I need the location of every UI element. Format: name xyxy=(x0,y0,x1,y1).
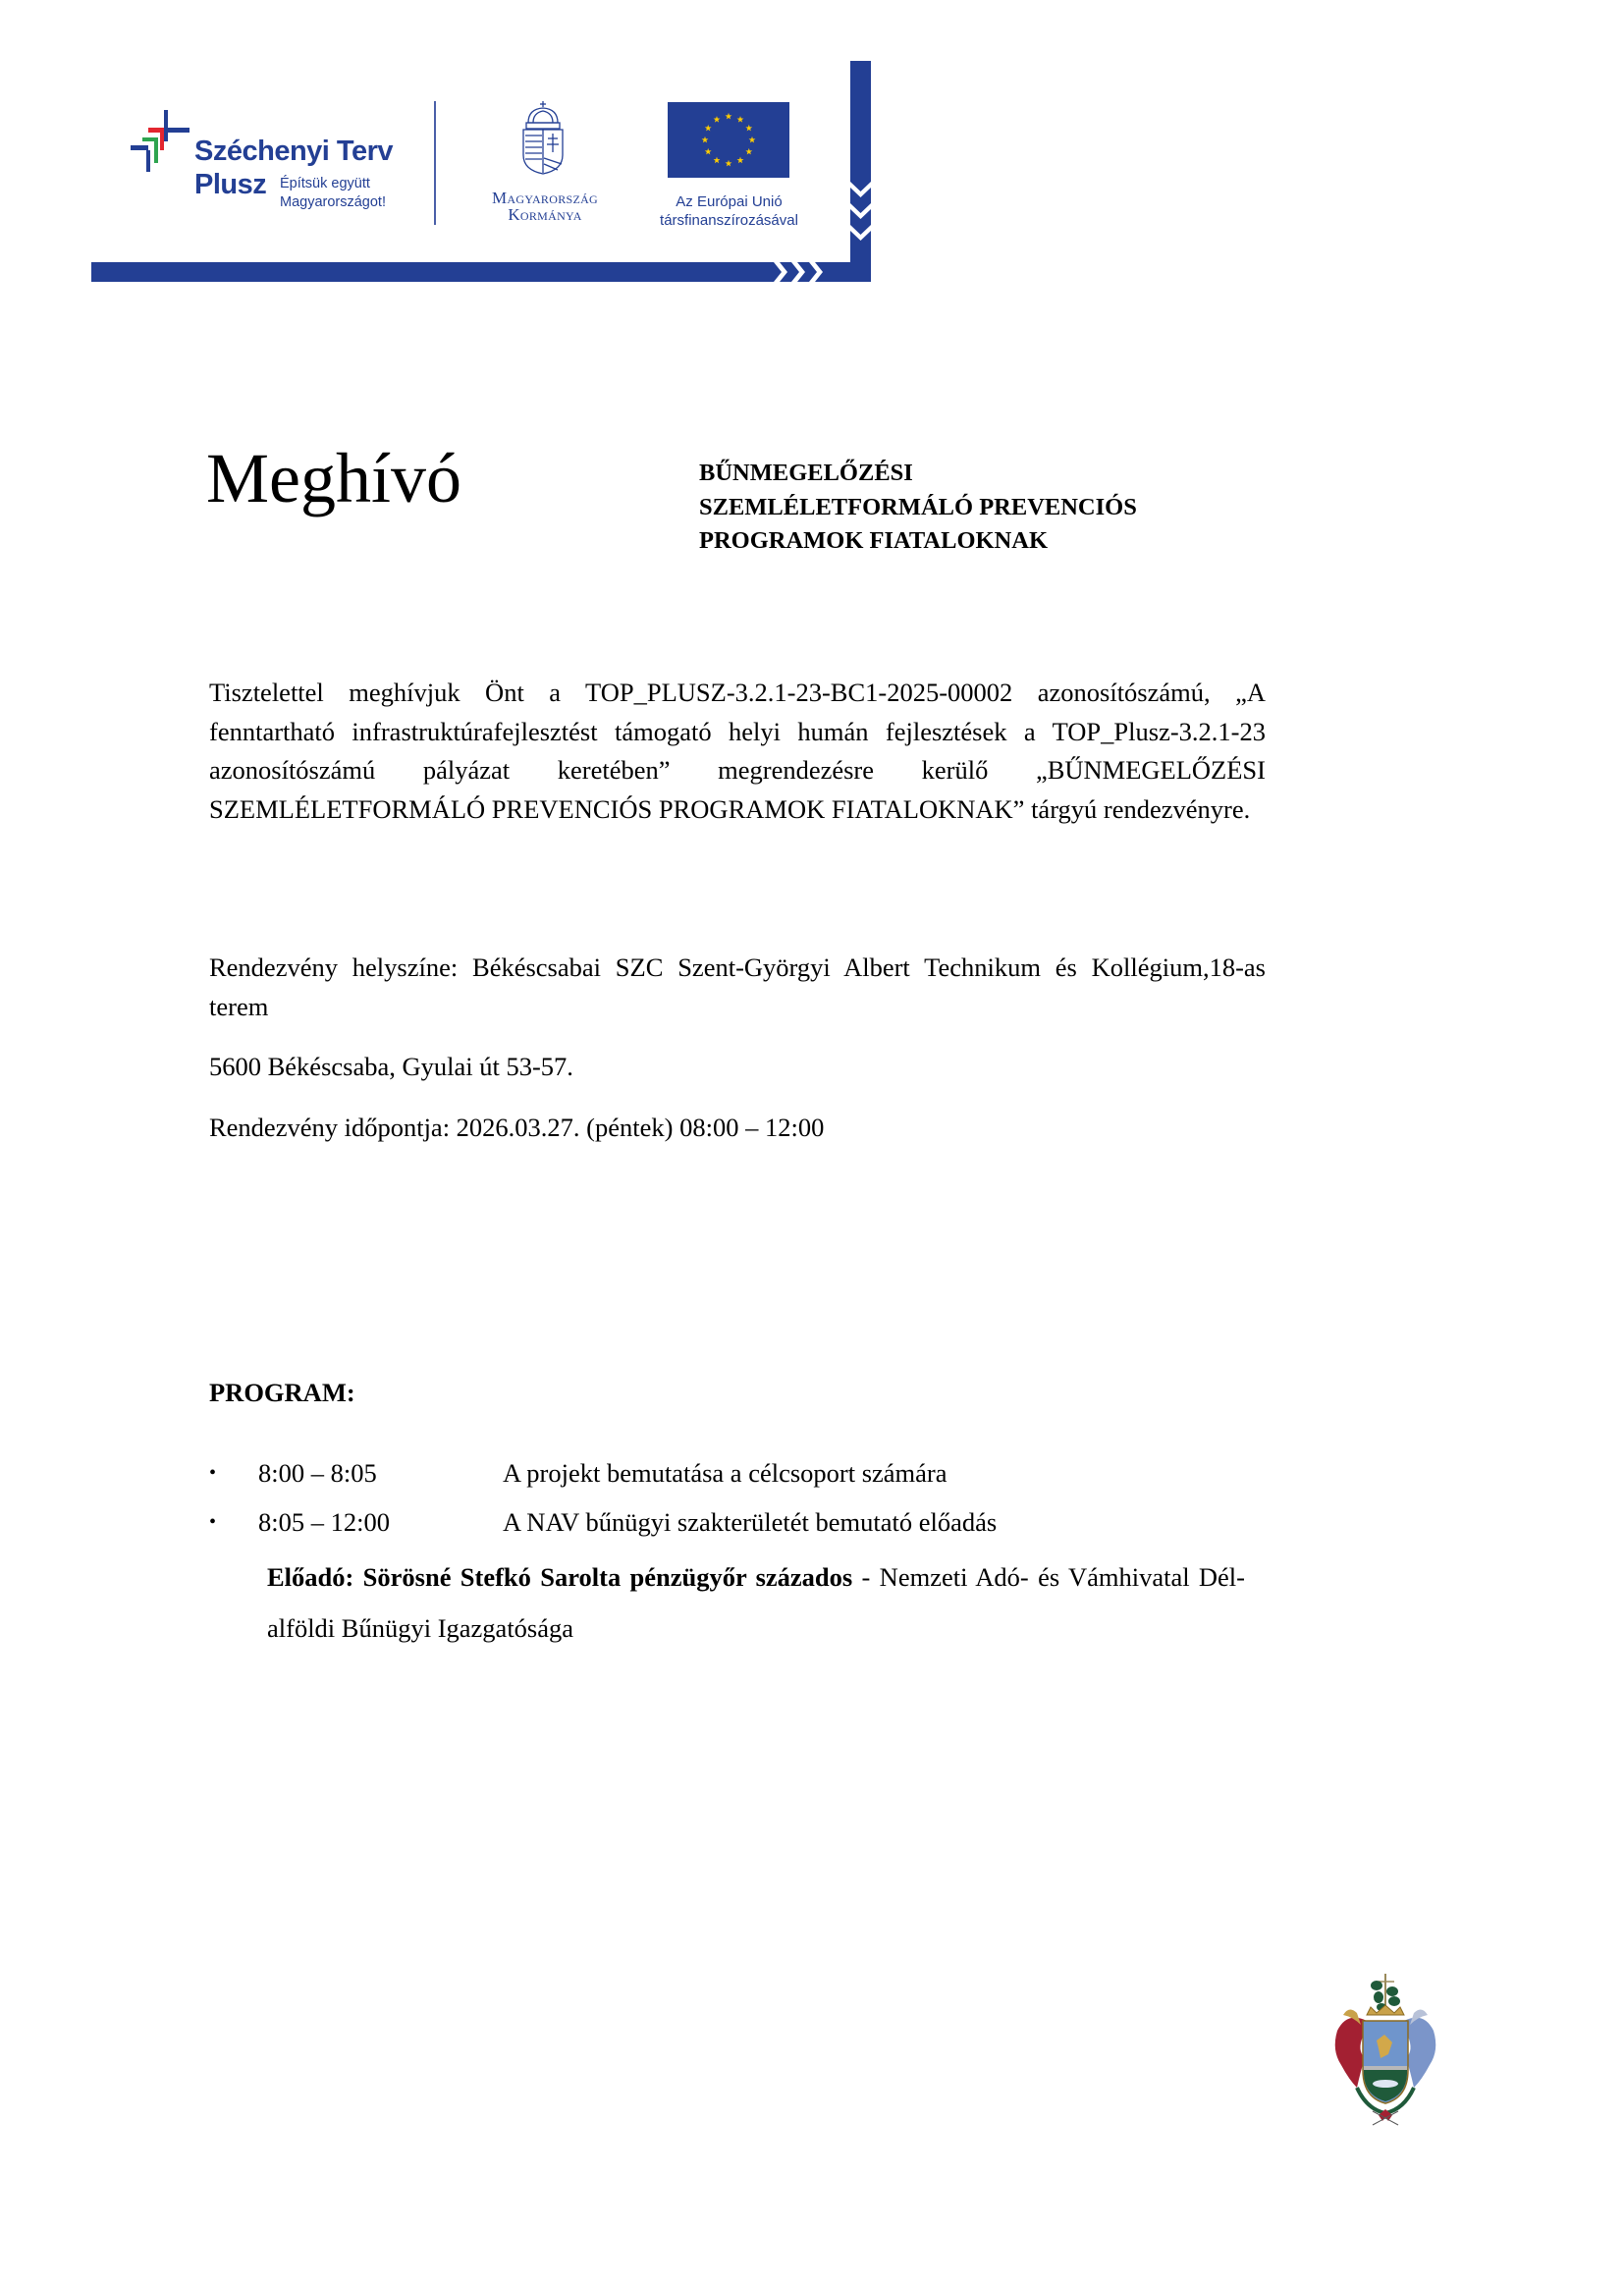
subtitle-line: SZEMLÉLETFORMÁLÓ PREVENCIÓS xyxy=(699,491,1137,525)
bullet-icon: • xyxy=(209,1502,216,1542)
bullet-icon: • xyxy=(209,1453,216,1493)
eu-line-1: Az Európai Unió xyxy=(648,192,810,211)
speaker-info: Előadó: Sörösné Stefkó Sarolta pénzügyőr… xyxy=(267,1551,1245,1654)
page-title: Meghívó xyxy=(206,439,461,517)
program-activity: A NAV bűnügyi szakterületét bemutató elő… xyxy=(503,1502,997,1542)
logo-divider xyxy=(434,101,436,225)
program-time: 8:05 – 12:00 xyxy=(258,1502,390,1542)
government-line-2: Kormánya xyxy=(471,206,619,223)
tagline-line-1: Építsük együtt xyxy=(280,175,386,193)
subtitle-line: PROGRAMOK FIATALOKNAK xyxy=(699,524,1137,559)
szechenyi-plusz: Plusz xyxy=(194,169,266,201)
government-text: Magyarország Kormánya xyxy=(471,190,619,223)
szechenyi-title: Széchenyi Terv xyxy=(194,136,393,168)
szechenyi-tagline: Építsük együtt Magyarországot! xyxy=(280,175,386,212)
government-line-1: Magyarország xyxy=(471,190,619,206)
address-text: 5600 Békéscsaba, Gyulai út 53-57. xyxy=(209,1047,573,1086)
hungarian-crest-icon xyxy=(518,101,568,175)
invitation-paragraph: Tisztelettel meghívjuk Önt a TOP_PLUSZ-3… xyxy=(209,674,1266,830)
subtitle-line: BŰNMEGELŐZÉSI xyxy=(699,457,1137,491)
datetime-text: Rendezvény időpontja: 2026.03.27. (pénte… xyxy=(209,1108,824,1147)
chevron-right-icon xyxy=(774,262,833,282)
eu-line-2: társfinanszírozásával xyxy=(648,211,810,230)
eu-flag-icon xyxy=(668,102,789,178)
eu-text: Az Európai Unió társfinanszírozásával xyxy=(648,192,810,230)
speaker-name: Előadó: Sörösné Stefkó Sarolta pénzügyőr… xyxy=(267,1562,852,1592)
event-subtitle: BŰNMEGELŐZÉSI SZEMLÉLETFORMÁLÓ PREVENCIÓ… xyxy=(699,457,1137,559)
tagline-line-2: Magyarországot! xyxy=(280,193,386,212)
venue-text: Rendezvény helyszíne: Békéscsabai SZC Sz… xyxy=(209,949,1266,1026)
program-activity: A projekt bemutatása a célcsoport számár… xyxy=(503,1453,947,1493)
banner-vertical-bar xyxy=(850,61,871,282)
banner-horizontal-bar xyxy=(91,262,871,282)
program-time: 8:00 – 8:05 xyxy=(258,1453,377,1493)
szechenyi-cross-icon xyxy=(131,110,193,175)
chevron-down-icon xyxy=(850,182,871,248)
program-heading: PROGRAM: xyxy=(209,1373,355,1412)
bekescsaba-coat-of-arms-icon xyxy=(1327,1972,1443,2129)
